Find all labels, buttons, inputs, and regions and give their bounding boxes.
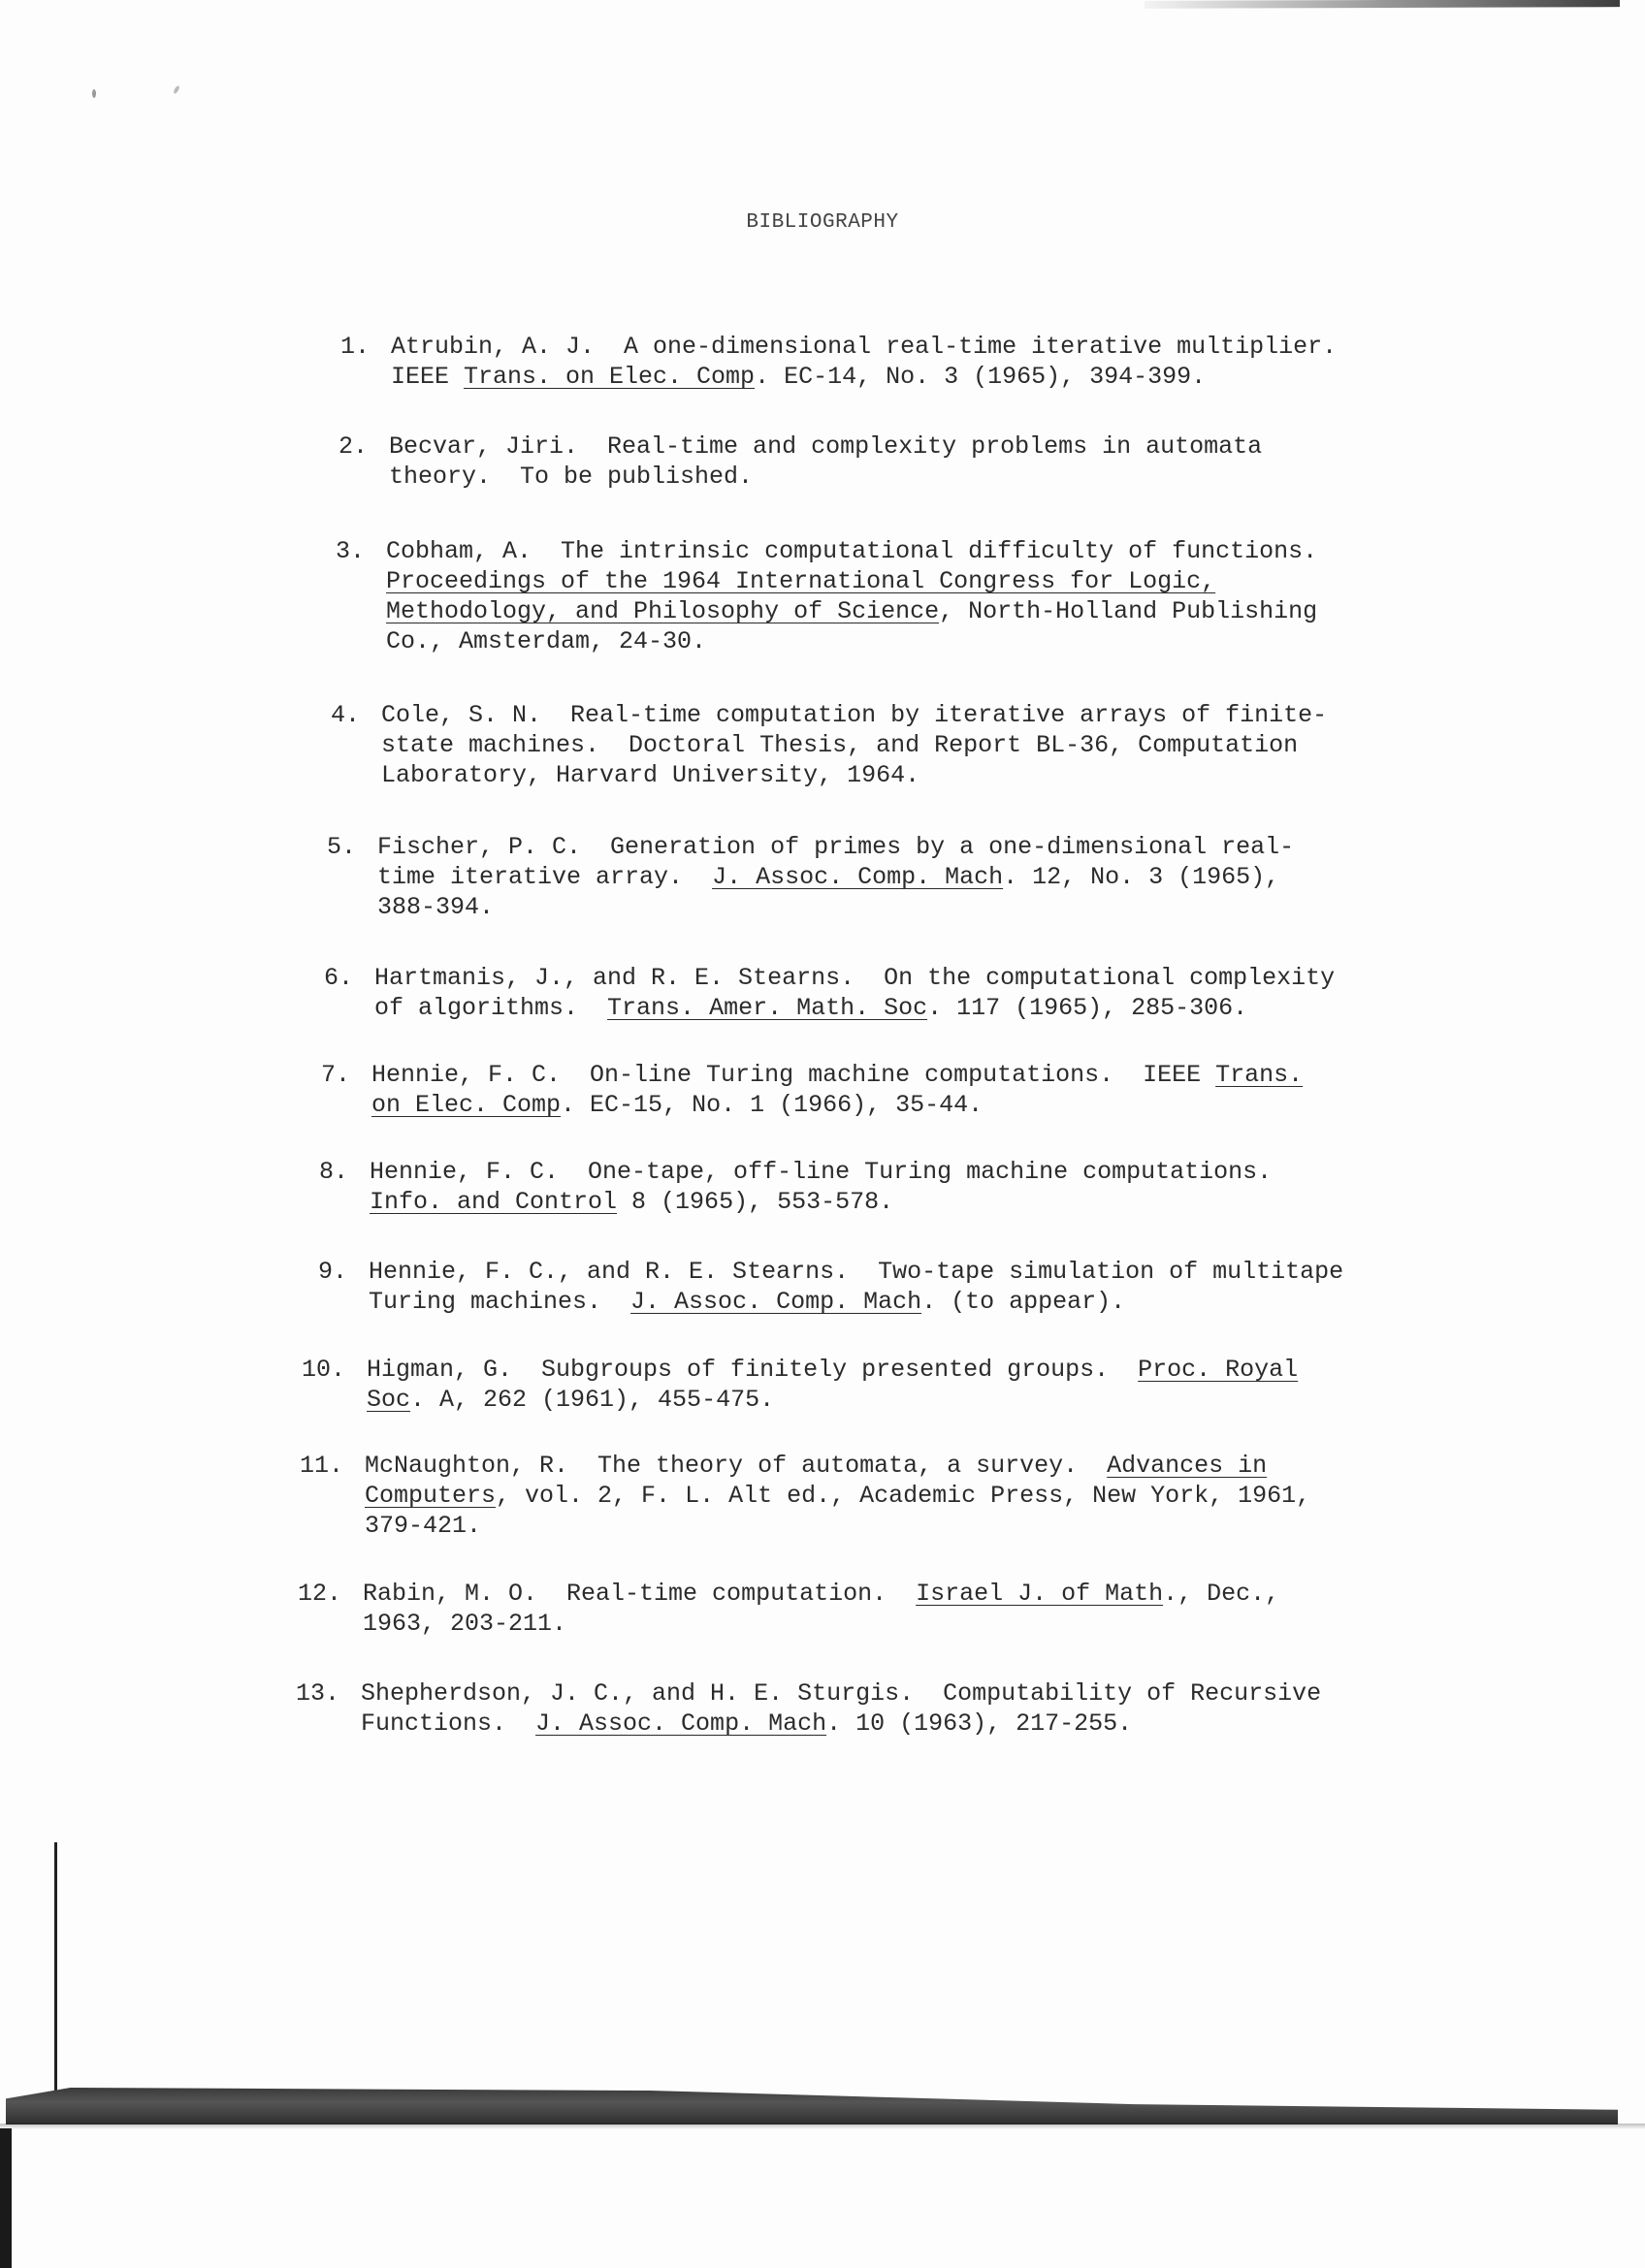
page-left-edge <box>54 1842 57 2104</box>
entry-text: Shepherdson, J. C., and H. E. Sturgis. C… <box>361 1678 1321 1739</box>
scan-shadow-top <box>1145 0 1620 9</box>
entry-segment: Cobham, A. The intrinsic computational d… <box>386 537 1317 565</box>
bibliography-entry: 8. Hennie, F. C. One-tape, off-line Turi… <box>370 1157 1272 1217</box>
bibliography-entry: 11. McNaughton, R. The theory of automat… <box>365 1451 1310 1541</box>
entry-segment: McNaughton, R. The theory of automata, a… <box>365 1452 1107 1480</box>
bibliography-entry: 1. Atrubin, A. J. A one-dimensional real… <box>391 332 1337 392</box>
scan-shadow-bottom <box>6 2088 1618 2124</box>
entry-segment: . 10 (1963), 217-255. <box>826 1709 1132 1738</box>
entry-segment: Becvar, Jiri. Real-time and complexity p… <box>389 432 1262 491</box>
bibliography-entry: 5. Fischer, P. C. Generation of primes b… <box>377 832 1294 922</box>
publication-title: J. Assoc. Comp. Mach <box>712 863 1003 891</box>
scan-speck <box>173 85 180 95</box>
bibliography-entry: 6. Hartmanis, J., and R. E. Stearns. On … <box>374 963 1335 1023</box>
entry-segment: Rabin, M. O. Real-time computation. <box>363 1580 916 1608</box>
entry-number: 2. <box>339 431 368 462</box>
entry-text: Hennie, F. C. On-line Turing machine com… <box>371 1060 1303 1120</box>
entry-number: 6. <box>324 963 353 993</box>
publication-title: Trans. Amer. Math. Soc <box>607 994 927 1022</box>
entry-text: Cobham, A. The intrinsic computational d… <box>386 536 1317 656</box>
page-title: BIBLIOGRAPHY <box>0 211 1645 234</box>
publication-title: Israel J. of Math <box>916 1580 1163 1608</box>
entry-number: 3. <box>336 536 365 566</box>
entry-segment: Higman, G. Subgroups of finitely present… <box>367 1356 1138 1384</box>
entry-segment: 8 (1965), 553-578. <box>617 1188 893 1216</box>
entry-segment: . (to appear). <box>921 1288 1125 1316</box>
bibliography-entry: 2. Becvar, Jiri. Real-time and complexit… <box>389 431 1262 492</box>
bibliography-entry: 3. Cobham, A. The intrinsic computationa… <box>386 536 1317 656</box>
bibliography-entry: 7. Hennie, F. C. On-line Turing machine … <box>371 1060 1303 1120</box>
bibliography-entry: 4. Cole, S. N. Real-time computation by … <box>381 700 1327 790</box>
entry-number: 10. <box>302 1355 345 1385</box>
entry-text: Hennie, F. C., and R. E. Stearns. Two-ta… <box>369 1257 1343 1317</box>
entry-number: 7. <box>321 1060 350 1090</box>
entry-segment: Cole, S. N. Real-time computation by ite… <box>381 701 1327 789</box>
page-edge-shadow <box>0 2124 1645 2129</box>
entry-number: 8. <box>319 1157 348 1187</box>
entry-text: Cole, S. N. Real-time computation by ite… <box>381 700 1327 790</box>
entry-number: 12. <box>298 1579 341 1609</box>
entry-text: Becvar, Jiri. Real-time and complexity p… <box>389 431 1262 492</box>
entry-number: 13. <box>296 1678 339 1709</box>
entry-number: 4. <box>331 700 360 730</box>
entry-text: McNaughton, R. The theory of automata, a… <box>365 1451 1310 1541</box>
scanned-page: BIBLIOGRAPHY 1. Atrubin, A. J. A one-dim… <box>0 0 1645 2268</box>
entry-number: 11. <box>300 1451 343 1481</box>
entry-segment: . A, 262 (1961), 455-475. <box>410 1386 774 1414</box>
entry-number: 9. <box>318 1257 347 1287</box>
entry-text: Hennie, F. C. One-tape, off-line Turing … <box>370 1157 1272 1217</box>
publication-title: Trans. on Elec. Comp <box>464 363 755 391</box>
publication-title: J. Assoc. Comp. Mach <box>630 1288 921 1316</box>
entry-text: Fischer, P. C. Generation of primes by a… <box>377 832 1294 922</box>
entry-text: Rabin, M. O. Real-time computation. Isra… <box>363 1579 1279 1639</box>
entry-segment: . EC-15, No. 1 (1966), 35-44. <box>561 1091 983 1119</box>
entry-text: Hartmanis, J., and R. E. Stearns. On the… <box>374 963 1335 1023</box>
entry-number: 1. <box>340 332 370 362</box>
entry-segment: . EC-14, No. 3 (1965), 394-399. <box>755 363 1206 391</box>
bibliography-entry: 10. Higman, G. Subgroups of finitely pre… <box>367 1355 1298 1415</box>
scan-speck <box>92 89 96 98</box>
entry-segment: . 117 (1965), 285-306. <box>927 994 1247 1022</box>
bibliography-entry: 9. Hennie, F. C., and R. E. Stearns. Two… <box>369 1257 1343 1317</box>
entry-segment: Hennie, F. C. One-tape, off-line Turing … <box>370 1158 1272 1186</box>
entry-segment: , vol. 2, F. L. Alt ed., Academic Press,… <box>365 1482 1310 1540</box>
entry-number: 5. <box>327 832 356 862</box>
publication-title: Info. and Control <box>370 1188 617 1216</box>
bibliography-entry: 13. Shepherdson, J. C., and H. E. Sturgi… <box>361 1678 1321 1739</box>
scan-border <box>0 2128 12 2268</box>
bibliography-entry: 12. Rabin, M. O. Real-time computation. … <box>363 1579 1279 1639</box>
entry-text: Atrubin, A. J. A one-dimensional real-ti… <box>391 332 1337 392</box>
entry-text: Higman, G. Subgroups of finitely present… <box>367 1355 1298 1415</box>
publication-title: J. Assoc. Comp. Mach <box>535 1709 826 1738</box>
entry-segment: Hennie, F. C. On-line Turing machine com… <box>371 1061 1215 1089</box>
